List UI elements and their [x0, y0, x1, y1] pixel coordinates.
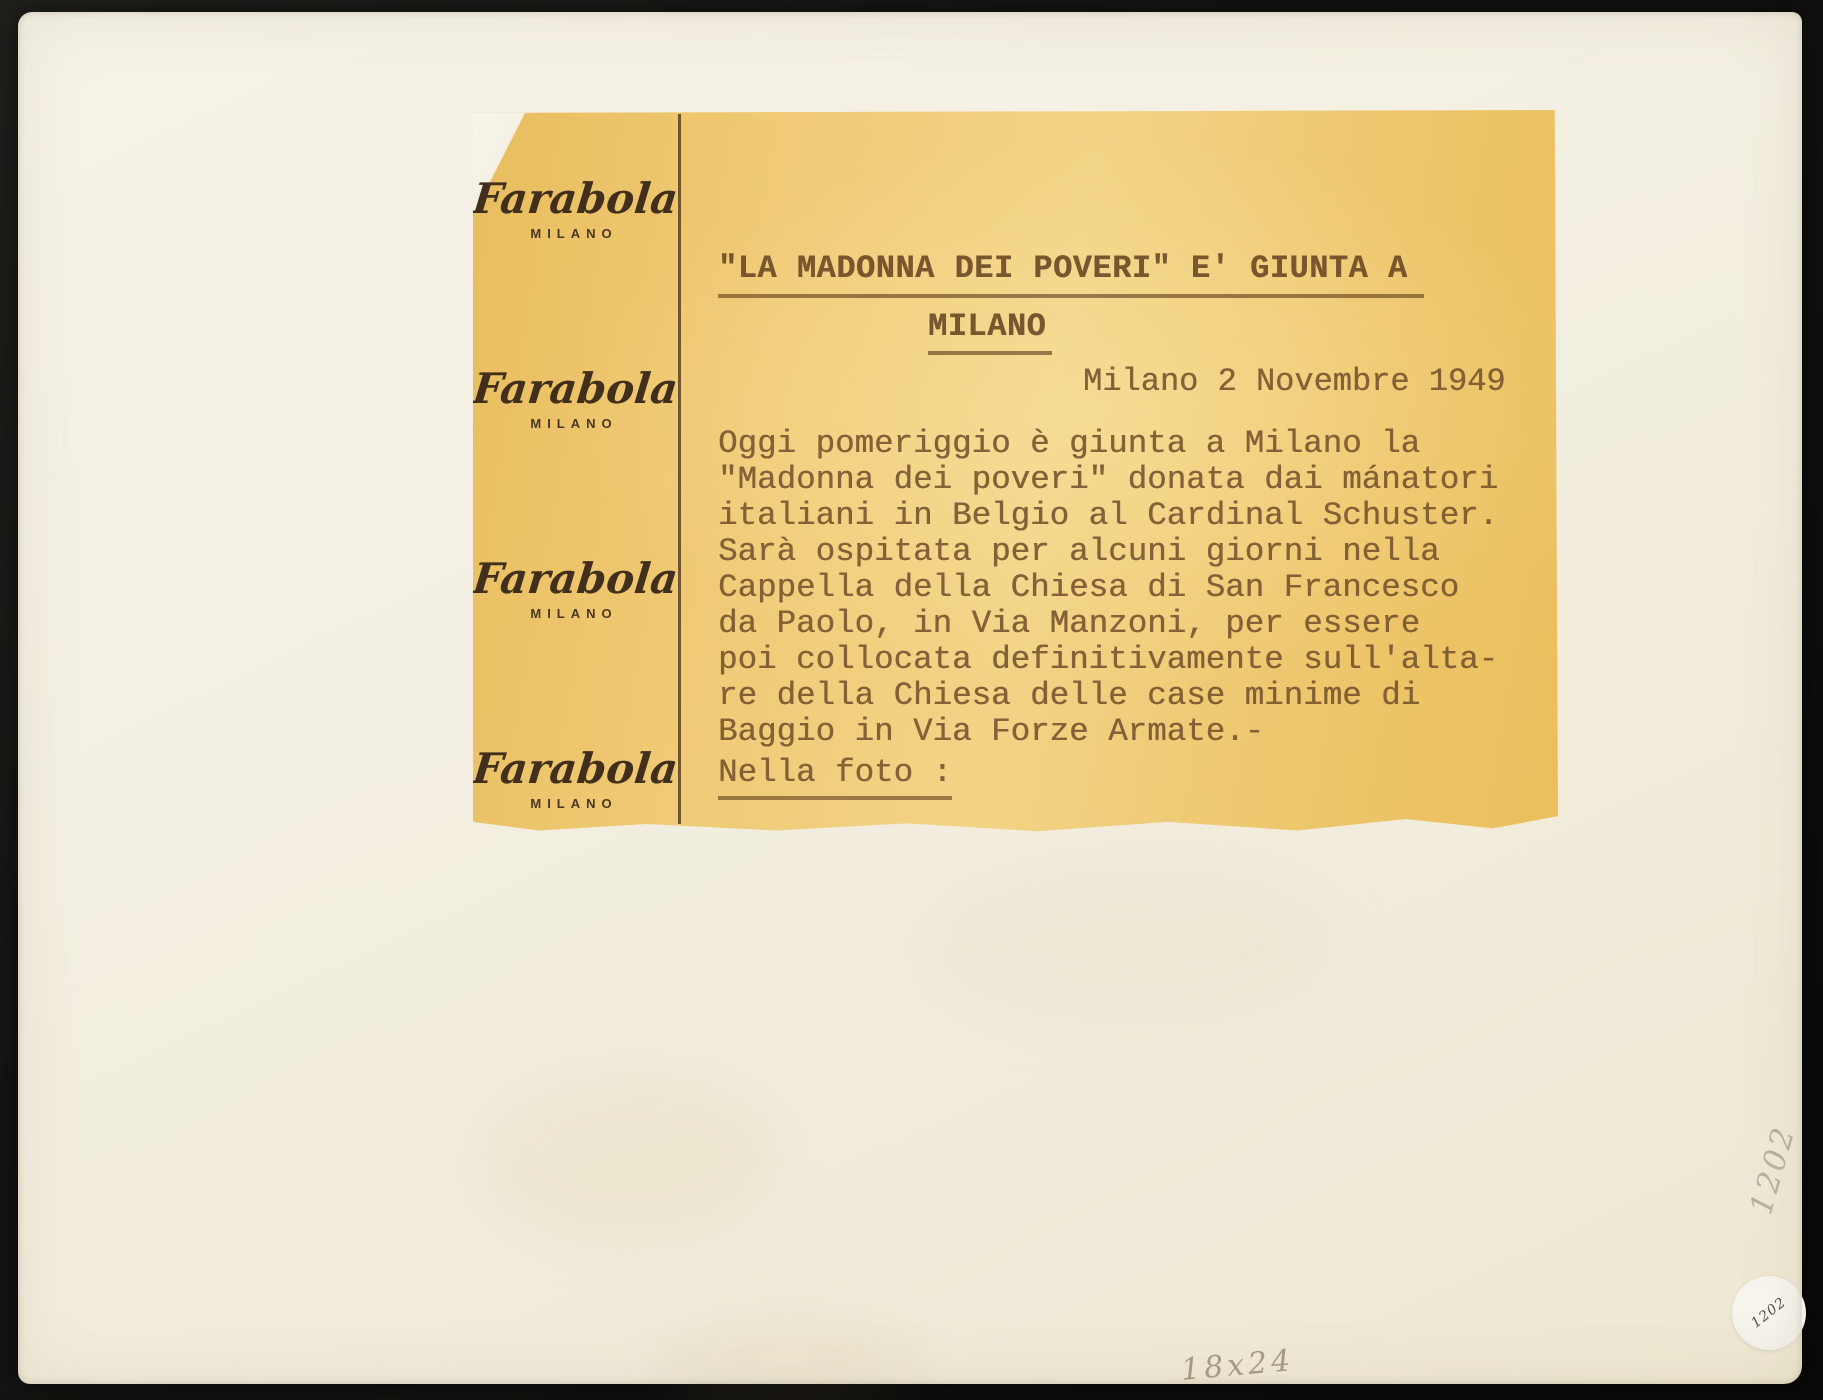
caption-body-line: Oggi pomeriggio è giunta a Milano la — [718, 426, 1498, 462]
caption-body-line: Baggio in Via Forze Armate.- — [718, 714, 1498, 750]
agency-name: Farabola — [471, 368, 677, 410]
agency-name: Farabola — [471, 748, 677, 790]
caption-body-line: "Madonna dei poveri" donata dai mánatori — [718, 462, 1498, 498]
agency-city: MILANO — [473, 416, 675, 431]
agency-logo: Farabola MILANO — [473, 748, 675, 811]
sticker-number: 1202 — [1748, 1294, 1789, 1331]
photo-back-card: Farabola MILANO Farabola MILANO Farabola… — [18, 12, 1802, 1384]
agency-logo: Farabola MILANO — [473, 178, 675, 241]
agency-logo: Farabola MILANO — [473, 368, 675, 431]
typed-caption: "LA MADONNA DEI POVERI" E' GIUNTA A MILA… — [718, 110, 1538, 832]
caption-label: Farabola MILANO Farabola MILANO Farabola… — [473, 110, 1558, 832]
caption-dateline: Milano 2 Novembre 1949 — [1083, 363, 1505, 400]
agency-city: MILANO — [473, 606, 675, 621]
label-divider-line — [678, 114, 681, 824]
caption-lead: Nella foto : — [718, 754, 952, 800]
paper-stain — [918, 862, 1338, 1022]
agency-city: MILANO — [473, 796, 675, 811]
caption-title-line2: MILANO — [928, 308, 1052, 355]
caption-body-line: Cappella della Chiesa di San Francesco — [718, 570, 1498, 606]
caption-body-line: poi collocata definitivamente sull'alta- — [718, 642, 1498, 678]
caption-body: Oggi pomeriggio è giunta a Milano la "Ma… — [718, 426, 1498, 750]
handwritten-archive-number: 1202 — [1741, 1112, 1806, 1228]
scanned-photo-back: Farabola MILANO Farabola MILANO Farabola… — [0, 0, 1823, 1400]
caption-body-line: italiani in Belgio al Cardinal Schuster. — [718, 498, 1498, 534]
caption-body-line: da Paolo, in Via Manzoni, per essere — [718, 606, 1498, 642]
paper-stain — [658, 1312, 918, 1400]
agency-logo: Farabola MILANO — [473, 558, 675, 621]
archive-sticker: 1202 — [1732, 1276, 1806, 1350]
handwritten-size-note: 18x24 — [1180, 1343, 1296, 1388]
agency-city: MILANO — [473, 226, 675, 241]
caption-body-line: Sarà ospitata per alcuni giorni nella — [718, 534, 1498, 570]
agency-name: Farabola — [471, 558, 677, 600]
caption-body-line: re della Chiesa delle case minime di — [718, 678, 1498, 714]
caption-title-line1: "LA MADONNA DEI POVERI" E' GIUNTA A — [718, 250, 1424, 298]
paper-stain — [478, 1072, 778, 1242]
agency-name: Farabola — [471, 178, 677, 220]
